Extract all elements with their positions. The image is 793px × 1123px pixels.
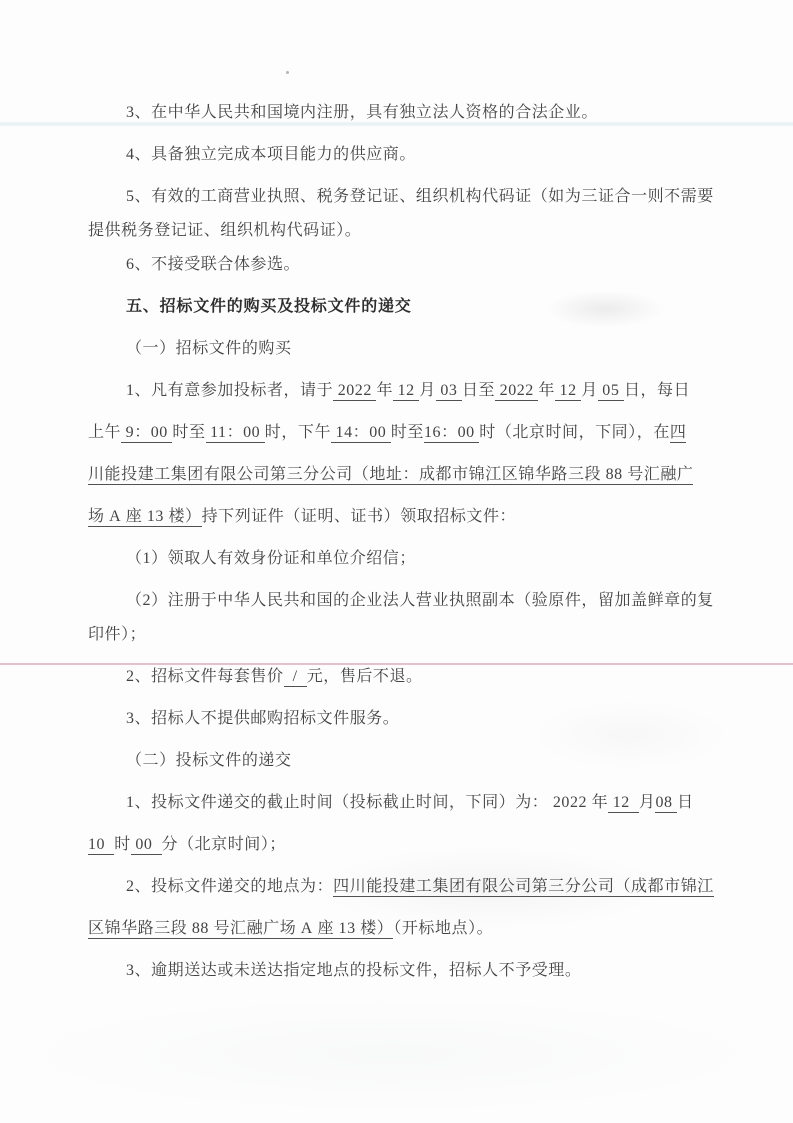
text-segment: 持下列证件（证明、证书）领取招标文件：	[202, 508, 516, 525]
purchase-item-1-line-3: 川能投建工集团有限公司第三分公司（地址：成都市锦江区锦华路三段 88 号汇融广	[88, 464, 707, 486]
underlined-fill-in-field: 场 A 座 13 楼）	[88, 508, 202, 527]
text-segment: 月	[419, 382, 436, 399]
purchase-item-3: 3、招标人不提供邮购招标文件服务。	[88, 708, 707, 730]
text-segment: 五、招标文件的购买及投标文件的递交	[126, 298, 412, 315]
purchase-item-1-line-1: 1、凡有意参加投标者，请于 2022 年 12 月 03 日至 2022 年 1…	[88, 380, 707, 402]
text-segment: 时（北京时间，下同），在	[479, 424, 670, 441]
underlined-fill-in-field: 12	[555, 382, 581, 401]
credential-item-2-line-2: 印件）；	[88, 624, 707, 646]
text-segment: 日，每日	[624, 382, 690, 399]
text-segment: 2、投标文件递交的地点为：	[126, 878, 333, 895]
text-segment: （1）领取人有效身份证和单位介绍信；	[126, 550, 416, 567]
section-heading-5: 五、招标文件的购买及投标文件的递交	[88, 296, 707, 318]
underlined-fill-in-field: 10	[88, 836, 114, 855]
purchase-item-2: 2、招标文件每套售价 / 元，售后不退。	[88, 666, 707, 688]
text-segment: 年	[376, 382, 393, 399]
text-segment: （2）注册于中华人民共和国的企业法人营业执照副本（验原件，留加盖鲜章的复	[126, 592, 714, 609]
text-segment: 6、不接受联合体参选。	[126, 256, 300, 273]
text-segment: 时，下午	[265, 424, 331, 441]
underlined-fill-in-field: /	[284, 668, 307, 687]
text-segment: 日	[677, 794, 694, 811]
text-segment: 印件）；	[88, 626, 146, 643]
text-segment: 元，售后不退。	[307, 668, 423, 685]
underlined-fill-in-field: 川能投建工集团有限公司第三分公司（地址：成都市锦江区锦华路三段 88 号汇融广	[88, 466, 693, 485]
underlined-fill-in-field: 9：00	[121, 424, 172, 443]
underlined-fill-in-field: 05	[598, 382, 624, 401]
clause-6: 6、不接受联合体参选。	[88, 254, 707, 276]
submission-item-3: 3、逾期送达或未送达指定地点的投标文件，招标人不予受理。	[88, 960, 707, 982]
subsection-1-heading: （一）招标文件的购买	[88, 338, 707, 360]
clause-5-line-2: 提供税务登记证、组织机构代码证）。	[88, 220, 707, 242]
text-segment: 2、招标文件每套售价	[126, 668, 284, 685]
text-segment: 3、逾期送达或未送达指定地点的投标文件，招标人不予受理。	[126, 962, 581, 979]
text-segment: 4、具备独立完成本项目能力的供应商。	[126, 146, 416, 163]
credential-item-2-line-1: （2）注册于中华人民共和国的企业法人营业执照副本（验原件，留加盖鲜章的复	[88, 590, 707, 612]
text-segment: 时	[114, 836, 131, 853]
text-segment: 1、投标文件递交的截止时间（投标截止时间，下同）为： 2022 年	[126, 794, 608, 811]
text-segment: 时至	[391, 424, 424, 441]
clause-4: 4、具备独立完成本项目能力的供应商。	[88, 144, 707, 166]
underlined-fill-in-field: 四	[670, 424, 687, 443]
text-segment: （开标地点）。	[393, 920, 493, 937]
underlined-fill-in-field: 08	[655, 794, 677, 813]
submission-item-2-line-2: 区锦华路三段 88 号汇融广场 A 座 13 楼）（开标地点）。	[88, 918, 707, 940]
credential-item-1: （1）领取人有效身份证和单位介绍信；	[88, 548, 707, 570]
text-segment: 上午	[88, 424, 121, 441]
underlined-fill-in-field: 16：00	[424, 424, 479, 443]
text-segment: （一）招标文件的购买	[126, 340, 292, 357]
text-segment: 日至	[462, 382, 495, 399]
text-segment: 时至	[172, 424, 205, 441]
document-page: 3、在中华人民共和国境内注册，具有独立法人资格的合法企业。4、具备独立完成本项目…	[0, 0, 793, 1123]
text-segment: （二）投标文件的递交	[126, 752, 292, 769]
text-segment: 月	[581, 382, 598, 399]
underlined-fill-in-field: 四川能投建工集团有限公司第三分公司（成都市锦江	[333, 878, 714, 897]
underlined-fill-in-field: 11：00	[206, 424, 265, 443]
clause-5-line-1: 5、有效的工商营业执照、税务登记证、组织机构代码证（如为三证合一则不需要	[88, 186, 707, 208]
underlined-fill-in-field: 12	[393, 382, 419, 401]
submission-item-2-line-1: 2、投标文件递交的地点为：四川能投建工集团有限公司第三分公司（成都市锦江	[88, 876, 707, 898]
text-segment: 5、有效的工商营业执照、税务登记证、组织机构代码证（如为三证合一则不需要	[126, 188, 714, 205]
text-segment: 提供税务登记证、组织机构代码证）。	[88, 222, 361, 239]
submission-item-1-line-1: 1、投标文件递交的截止时间（投标截止时间，下同）为： 2022 年 12 月08…	[88, 792, 707, 814]
underlined-fill-in-field: 14：00	[331, 424, 391, 443]
submission-item-1-line-2: 10 时 00 分（北京时间）；	[88, 834, 707, 856]
underlined-fill-in-field: 2022	[333, 382, 376, 401]
text-segment: 分（北京时间）；	[162, 836, 286, 853]
underlined-fill-in-field: 区锦华路三段 88 号汇融广场 A 座 13 楼）	[88, 920, 393, 939]
scan-artifact-smudge	[40, 1000, 740, 1110]
text-segment: 3、在中华人民共和国境内注册，具有独立法人资格的合法企业。	[126, 104, 598, 121]
purchase-item-1-line-4: 场 A 座 13 楼）持下列证件（证明、证书）领取招标文件：	[88, 506, 707, 528]
subsection-2-heading: （二）投标文件的递交	[88, 750, 707, 772]
document-lines: 3、在中华人民共和国境内注册，具有独立法人资格的合法企业。4、具备独立完成本项目…	[0, 0, 793, 1002]
underlined-fill-in-field: 12	[608, 794, 639, 813]
text-segment: 年	[538, 382, 555, 399]
underlined-fill-in-field: 2022	[495, 382, 538, 401]
text-segment: 月	[639, 794, 656, 811]
purchase-item-1-line-2: 上午 9：00 时至 11：00 时，下午 14：00 时至16：00 时（北京…	[88, 422, 707, 444]
clause-3: 3、在中华人民共和国境内注册，具有独立法人资格的合法企业。	[88, 102, 707, 124]
text-segment: 1、凡有意参加投标者，请于	[126, 382, 333, 399]
text-segment: 3、招标人不提供邮购招标文件服务。	[126, 710, 399, 727]
underlined-fill-in-field: 00	[131, 836, 162, 855]
underlined-fill-in-field: 03	[436, 382, 462, 401]
